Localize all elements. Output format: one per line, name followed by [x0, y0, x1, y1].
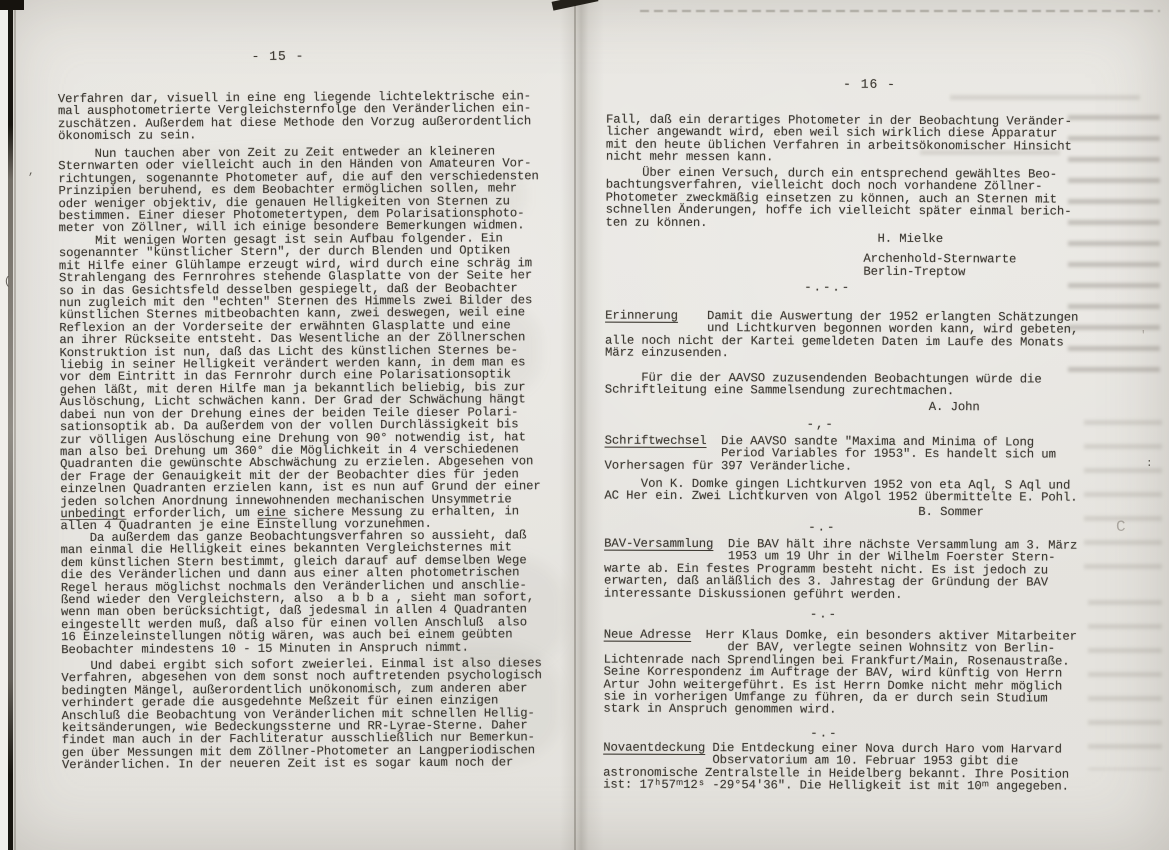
- page16-paragraph-2: Über einen Versuch, durch ein entspreche…: [606, 167, 1072, 231]
- section-body-erinnerung: Damit die Auswertung der 1952 erlangten …: [605, 310, 1078, 362]
- signature-affiliation-2: Berlin-Treptow: [863, 266, 965, 279]
- signature-affiliation-1: Archenhold-Sternwarte: [863, 253, 1016, 266]
- section-signer-john: A. John: [929, 401, 980, 414]
- section-body-erinnerung-2: Für die der AAVSO zuzusendenden Beobacht…: [605, 372, 1042, 399]
- separator: -,-: [807, 418, 835, 431]
- separator: -.-.-: [804, 281, 851, 294]
- separator: -.-: [810, 727, 838, 740]
- separator: -.-: [808, 521, 836, 534]
- section-body-bav-versammlung: Die BAV hält ihre nächste Versammlung am…: [604, 538, 1077, 602]
- page-16-number: - 16 -: [843, 79, 896, 92]
- separator: -.-: [810, 608, 838, 621]
- section-signer-sommer: B. Sommer: [918, 506, 984, 519]
- section-body-neue-adresse: Herr Klaus Domke, ein besonders aktiver …: [603, 629, 1077, 718]
- section-body-schriftwechsel-2: Von K. Domke gingen Lichtkurven 1952 von…: [604, 478, 1077, 505]
- page-16: - 16 - Fall, daß ein derartiges Photomet…: [0, 0, 1169, 850]
- page16-paragraph-1: Fall, daß ein derartiges Photometer in d…: [606, 114, 1072, 166]
- signature-name: H. Mielke: [877, 233, 943, 246]
- scanned-document: , ( : C ' - 15 - Verfahren dar, visuell …: [0, 0, 1169, 850]
- section-body-schriftwechsel: Die AAVSO sandte "Maxima and Minima of L…: [604, 435, 1055, 474]
- section-body-novaentdeckung: Die Entdeckung einer Nova durch Haro vom…: [603, 742, 1069, 794]
